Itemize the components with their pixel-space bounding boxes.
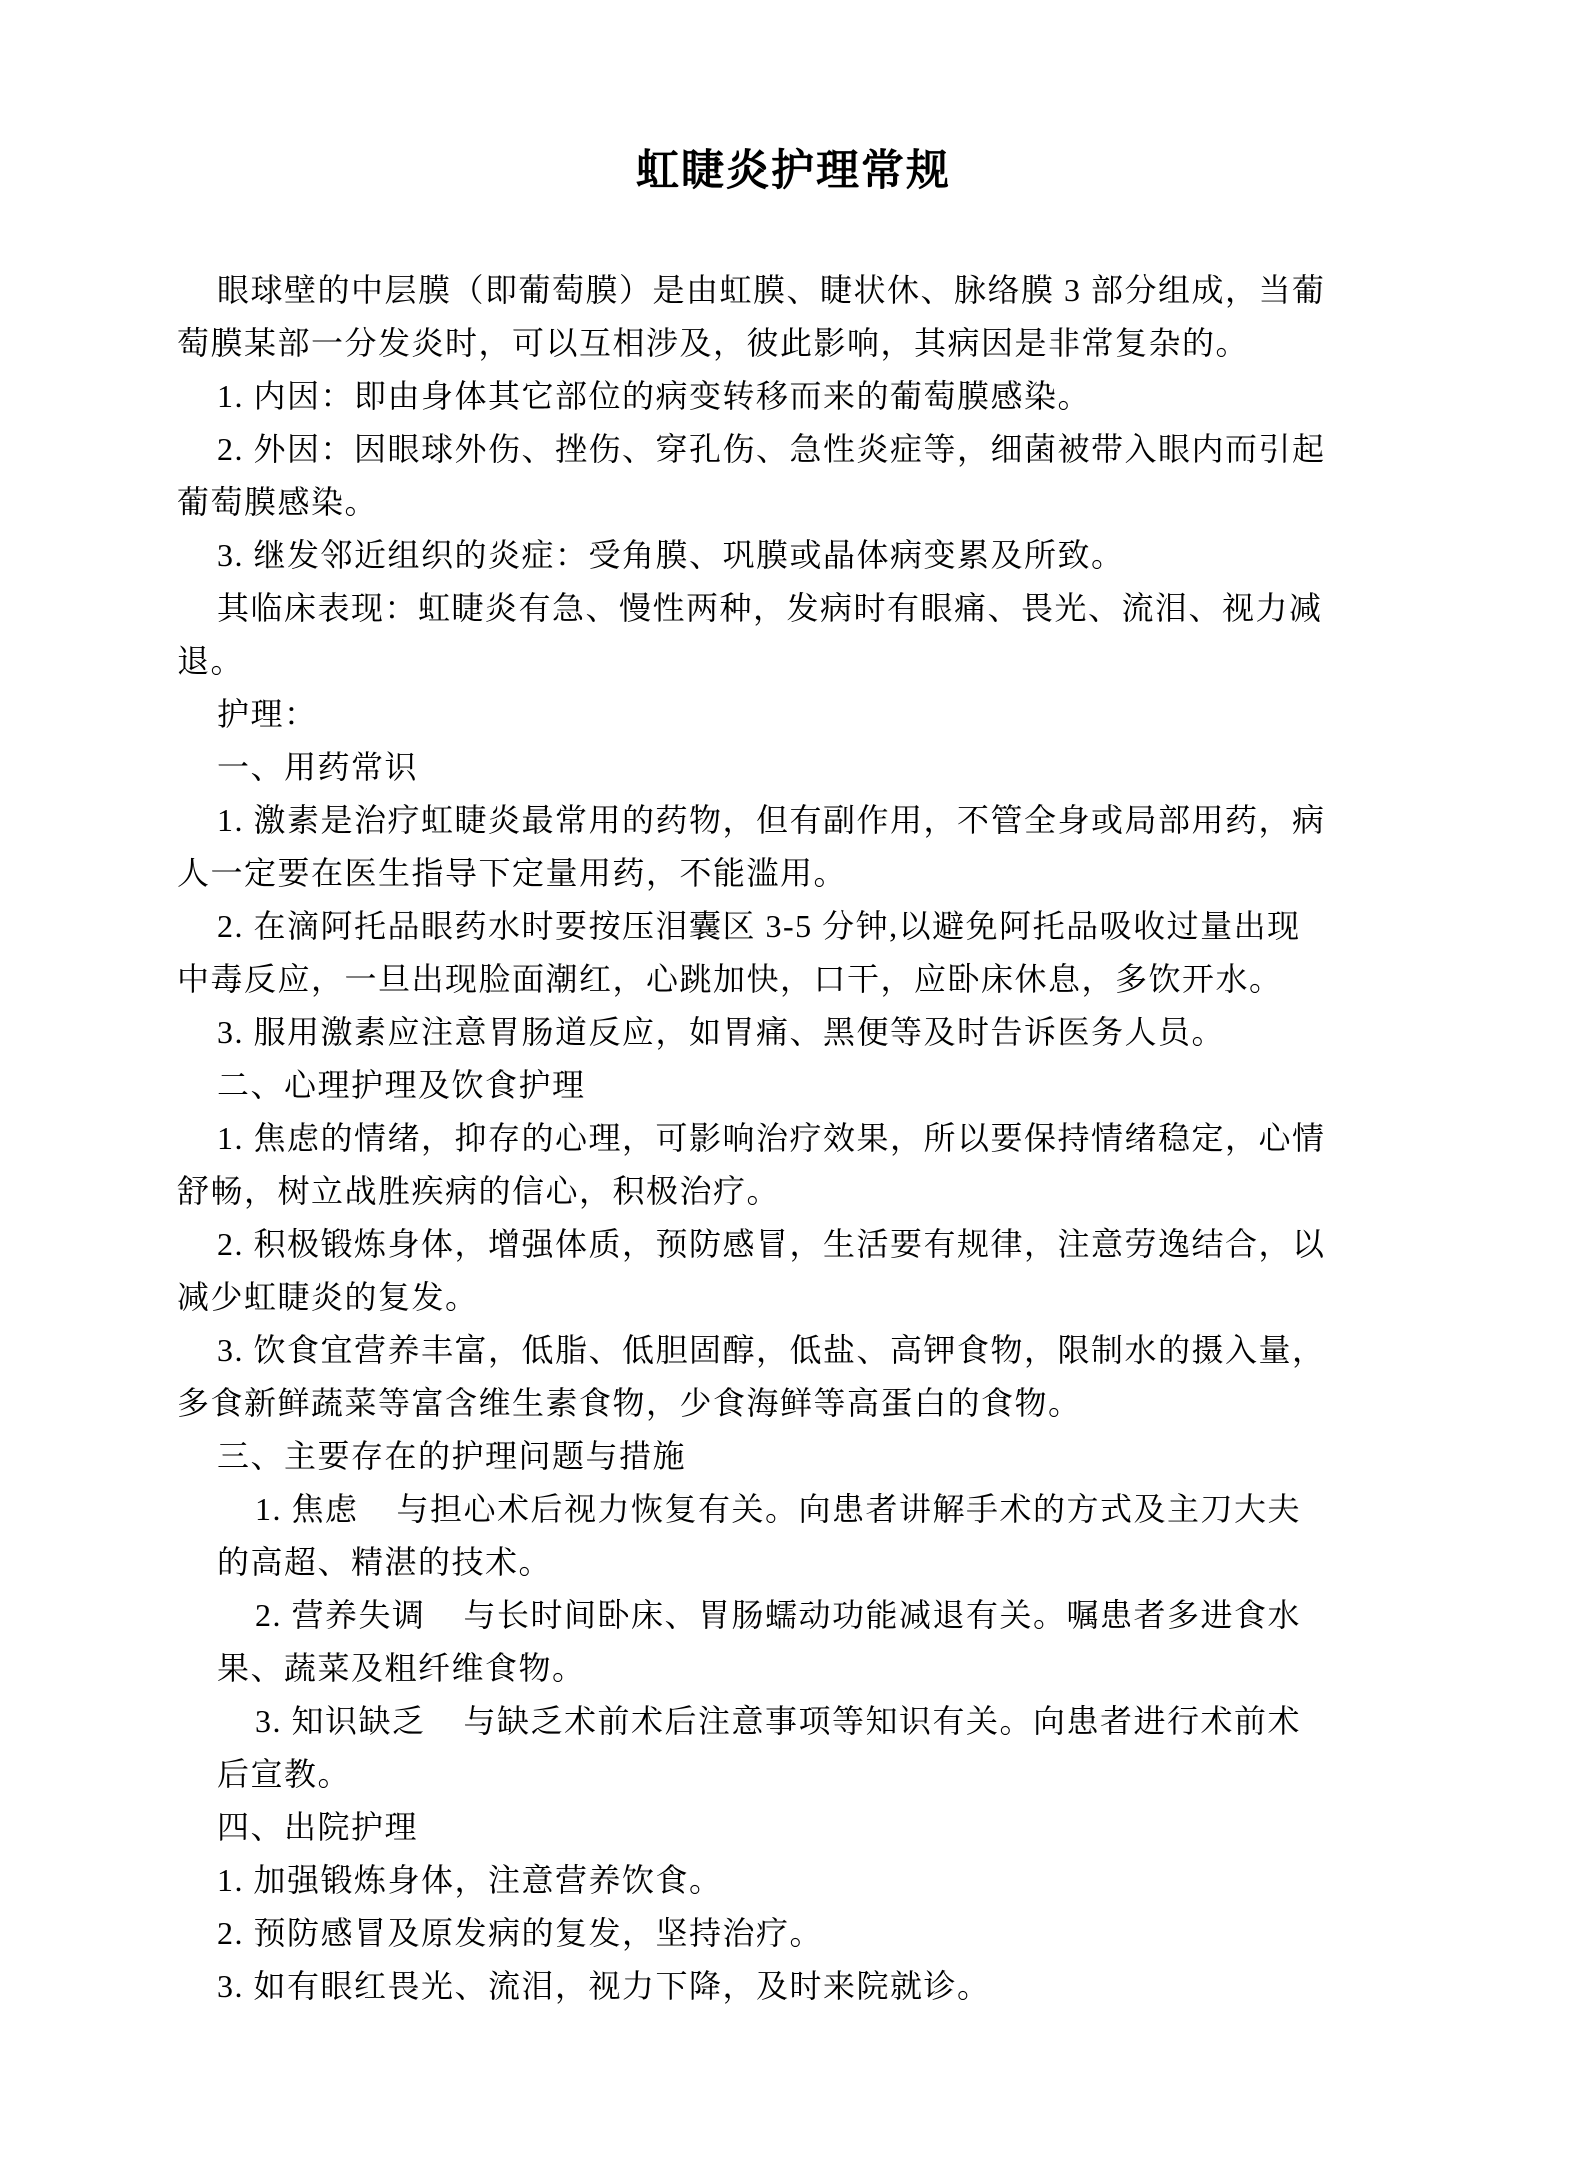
text-line: 减少虹睫炎的复发。 bbox=[177, 1271, 1410, 1324]
text-line: 3. 如有眼红畏光、流泪，视力下降，及时来院就诊。 bbox=[177, 1960, 1410, 2013]
text-line: 3. 知识缺乏 与缺乏术前术后注意事项等知识有关。向患者进行术前术 bbox=[177, 1695, 1410, 1748]
text-line: 2. 外因：因眼球外伤、挫伤、穿孔伤、急性炎症等，细菌被带入眼内而引起 bbox=[177, 423, 1410, 476]
text-line: 二、心理护理及饮食护理 bbox=[177, 1059, 1410, 1112]
text-line: 2. 预防感冒及原发病的复发，坚持治疗。 bbox=[177, 1907, 1410, 1960]
text-line: 护理： bbox=[177, 688, 1410, 741]
text-line: 1. 焦虑的情绪，抑存的心理，可影响治疗效果，所以要保持情绪稳定，心情 bbox=[177, 1112, 1410, 1165]
text-line: 萄膜某部一分发炎时，可以互相涉及，彼此影响，其病因是非常复杂的。 bbox=[177, 317, 1410, 370]
text-line: 葡萄膜感染。 bbox=[177, 476, 1410, 529]
text-line: 人一定要在医生指导下定量用药，不能滥用。 bbox=[177, 847, 1410, 900]
text-line: 一、用药常识 bbox=[177, 741, 1410, 794]
document-body: 眼球壁的中层膜（即葡萄膜）是由虹膜、睫状休、脉络膜 3 部分组成，当葡萄膜某部一… bbox=[177, 264, 1410, 2013]
text-line: 1. 焦虑 与担心术后视力恢复有关。向患者讲解手术的方式及主刀大夫 bbox=[177, 1483, 1410, 1536]
text-line: 四、出院护理 bbox=[177, 1801, 1410, 1854]
text-line: 其临床表现：虹睫炎有急、慢性两种，发病时有眼痛、畏光、流泪、视力减 bbox=[177, 582, 1410, 635]
text-line: 3. 饮食宜营养丰富，低脂、低胆固醇，低盐、高钾食物，限制水的摄入量， bbox=[177, 1324, 1410, 1377]
text-line: 后宣教。 bbox=[177, 1748, 1410, 1801]
page-title: 虹睫炎护理常规 bbox=[0, 0, 1587, 202]
text-line: 3. 服用激素应注意胃肠道反应，如胃痛、黑便等及时告诉医务人员。 bbox=[177, 1006, 1410, 1059]
text-line: 的高超、精湛的技术。 bbox=[177, 1536, 1410, 1589]
text-line: 2. 积极锻炼身体，增强体质，预防感冒，生活要有规律，注意劳逸结合，以 bbox=[177, 1218, 1410, 1271]
text-line: 中毒反应，一旦出现脸面潮红，心跳加快，口干，应卧床休息，多饮开水。 bbox=[177, 953, 1410, 1006]
text-line: 眼球壁的中层膜（即葡萄膜）是由虹膜、睫状休、脉络膜 3 部分组成，当葡 bbox=[177, 264, 1410, 317]
text-line: 1. 内因：即由身体其它部位的病变转移而来的葡萄膜感染。 bbox=[177, 370, 1410, 423]
text-line: 退。 bbox=[177, 635, 1410, 688]
text-line: 三、主要存在的护理问题与措施 bbox=[177, 1430, 1410, 1483]
text-line: 3. 继发邻近组织的炎症：受角膜、巩膜或晶体病变累及所致。 bbox=[177, 529, 1410, 582]
text-line: 舒畅，树立战胜疾病的信心，积极治疗。 bbox=[177, 1165, 1410, 1218]
text-line: 多食新鲜蔬菜等富含维生素食物，少食海鲜等高蛋白的食物。 bbox=[177, 1377, 1410, 1430]
text-line: 果、蔬菜及粗纤维食物。 bbox=[177, 1642, 1410, 1695]
document-page: 虹睫炎护理常规 眼球壁的中层膜（即葡萄膜）是由虹膜、睫状休、脉络膜 3 部分组成… bbox=[0, 0, 1587, 2171]
text-line: 2. 营养失调 与长时间卧床、胃肠蠕动功能减退有关。嘱患者多进食水 bbox=[177, 1589, 1410, 1642]
text-line: 2. 在滴阿托品眼药水时要按压泪囊区 3-5 分钟,以避免阿托品吸收过量出现 bbox=[177, 900, 1410, 953]
text-line: 1. 加强锻炼身体，注意营养饮食。 bbox=[177, 1854, 1410, 1907]
text-line: 1. 激素是治疗虹睫炎最常用的药物，但有副作用，不管全身或局部用药，病 bbox=[177, 794, 1410, 847]
